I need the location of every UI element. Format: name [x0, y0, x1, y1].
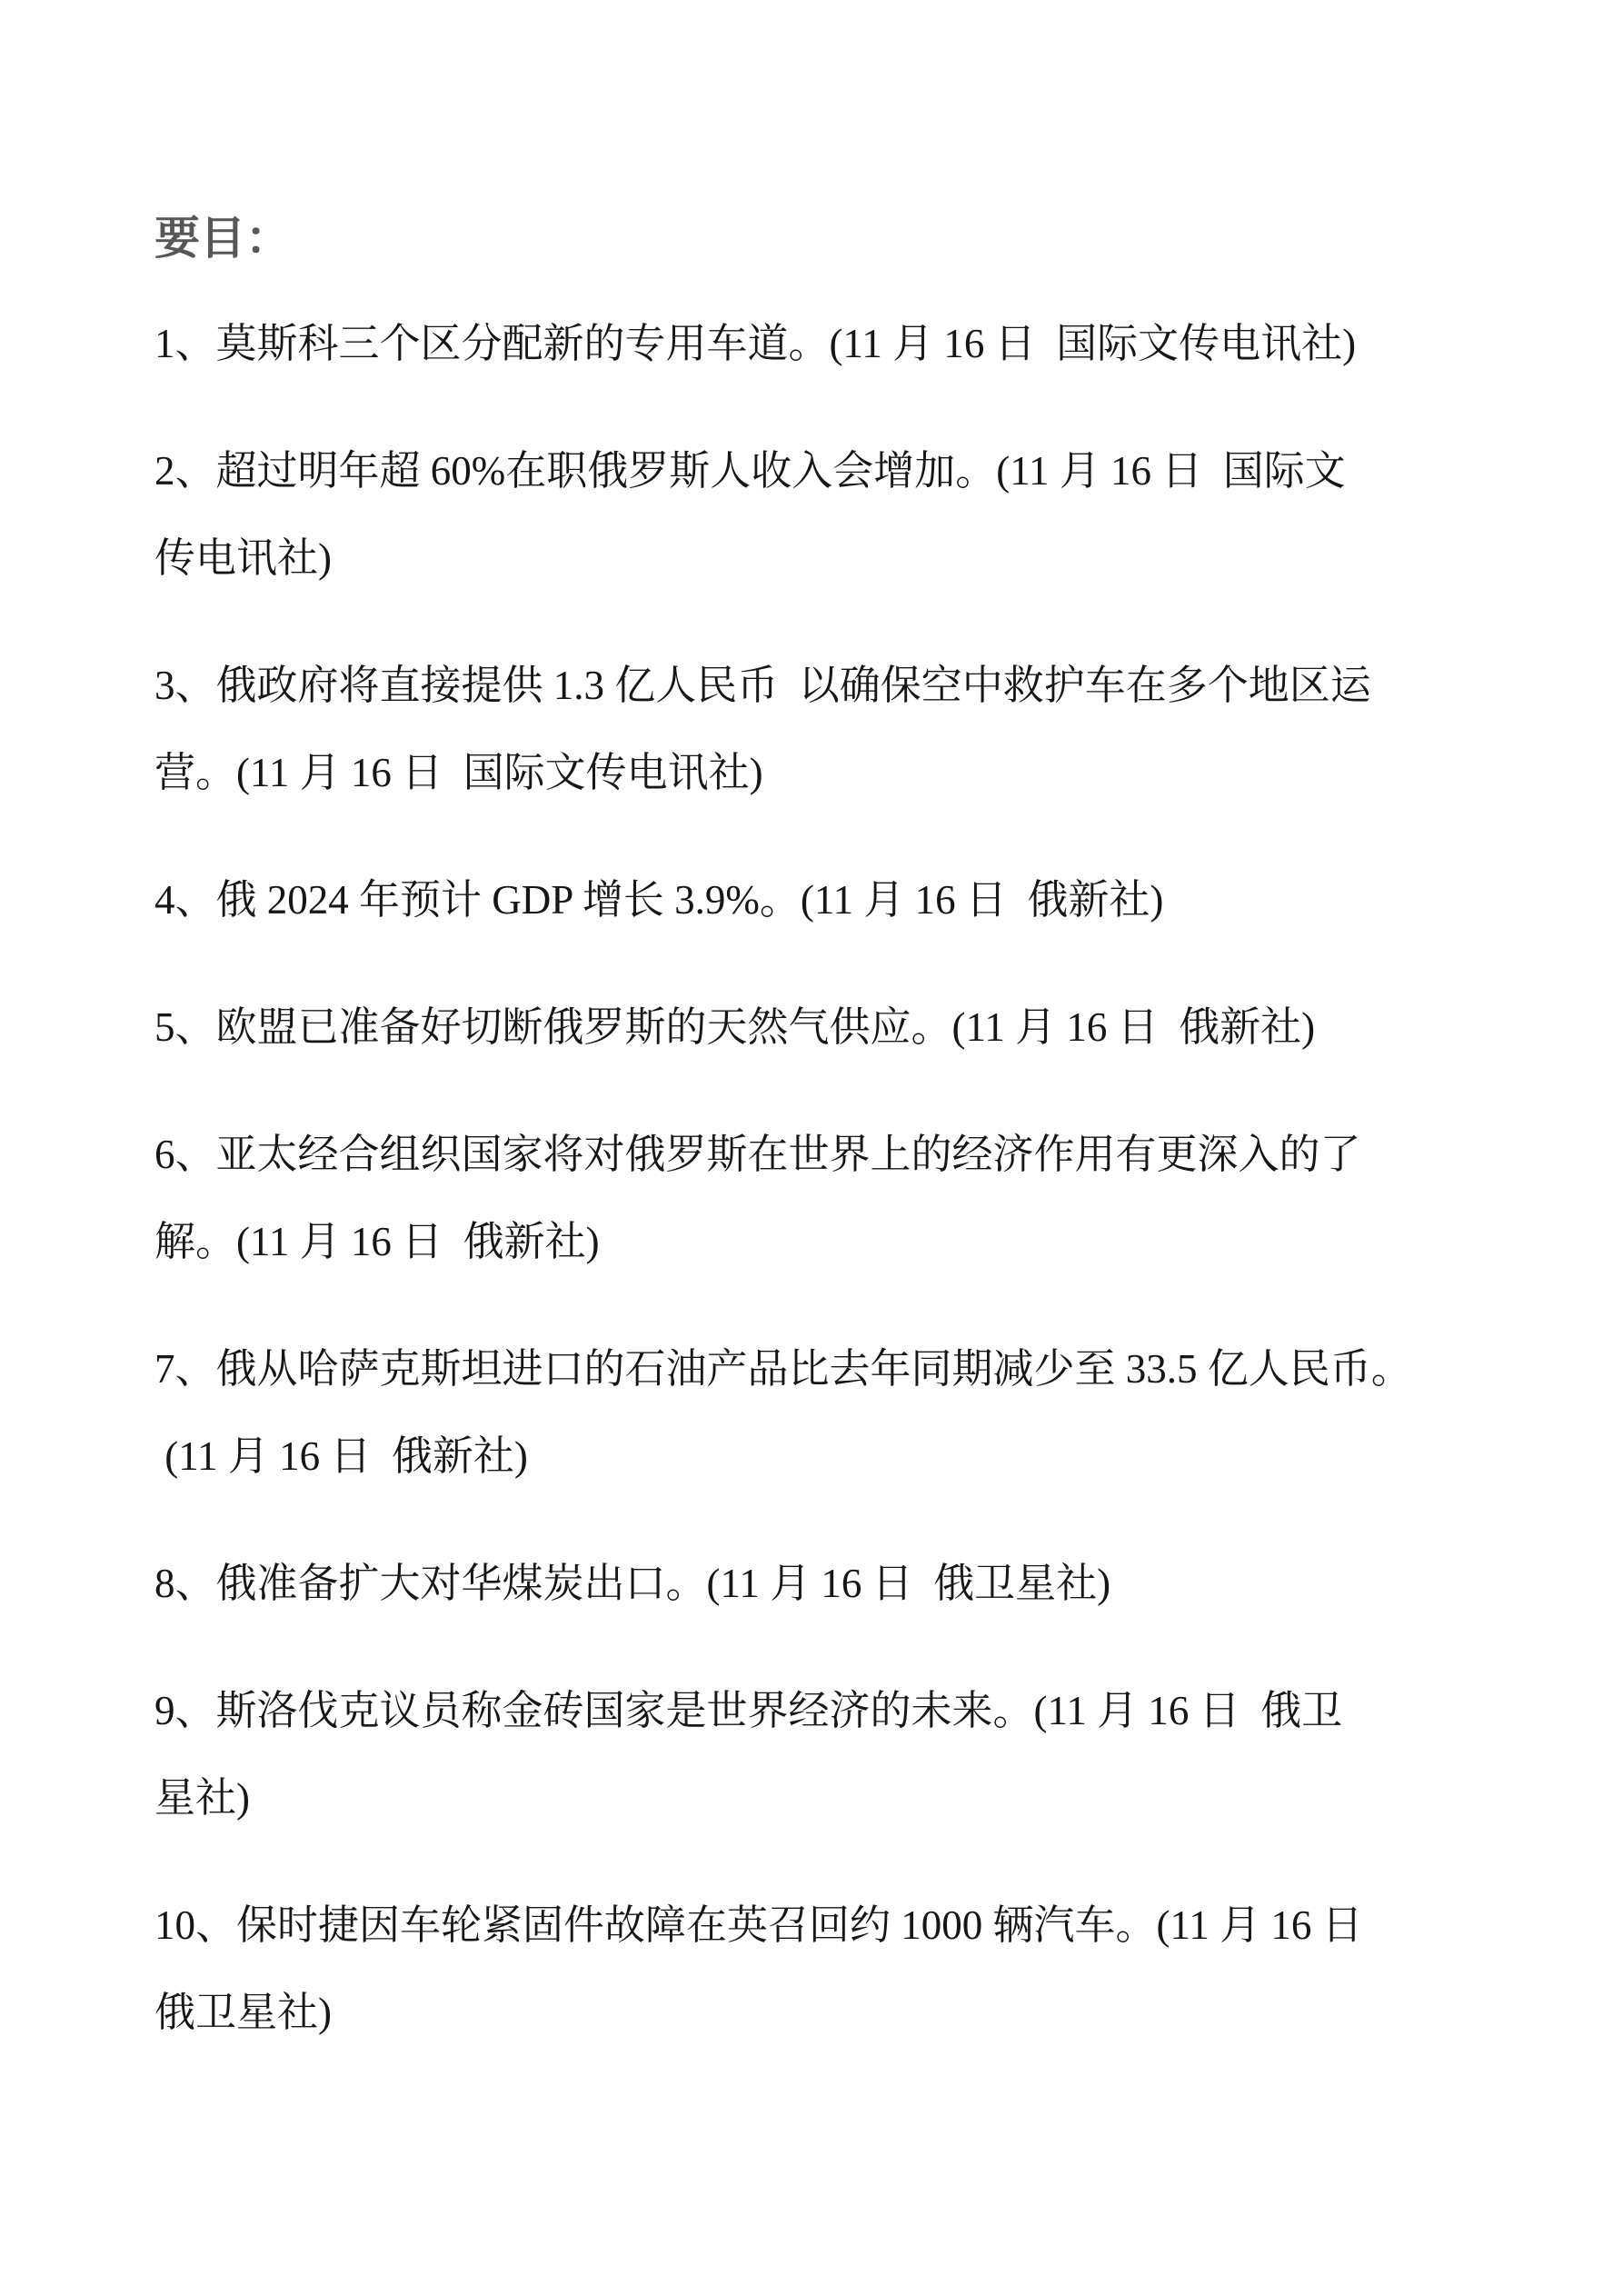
news-item-3: 3、俄政府将直接提供 1.3 亿人民币 以确保空中救护车在多个地区运 营。(11… — [154, 642, 1469, 816]
news-item-2: 2、超过明年超 60%在职俄罗斯人收入会增加。(11 月 16 日 国际文 传电… — [154, 427, 1469, 602]
news-item-9: 9、斯洛伐克议员称金砖国家是世界经济的未来。(11 月 16 日 俄卫 星社) — [154, 1667, 1469, 1842]
document-page: 要目： 1、莫斯科三个区分配新的专用车道。(11 月 16 日 国际文传电讯社)… — [0, 0, 1623, 2296]
news-item-6: 6、亚太经合组织国家将对俄罗斯在世界上的经济作用有更深入的了 解。(11 月 1… — [154, 1111, 1469, 1285]
news-item-10: 10、保时捷因车轮紧固件故障在英召回约 1000 辆汽车。(11 月 16 日 … — [154, 1882, 1469, 2056]
news-item-8: 8、俄准备扩大对华煤炭出口。(11 月 16 日 俄卫星社) — [154, 1540, 1469, 1627]
news-item-7: 7、俄从哈萨克斯坦进口的石油产品比去年同期减少至 33.5 亿人民币。 (11 … — [154, 1325, 1469, 1500]
news-item-4: 4、俄 2024 年预计 GDP 增长 3.9%。(11 月 16 日 俄新社) — [154, 856, 1469, 943]
news-item-1: 1、莫斯科三个区分配新的专用车道。(11 月 16 日 国际文传电讯社) — [154, 300, 1469, 387]
news-item-5: 5、欧盟已准备好切断俄罗斯的天然气供应。(11 月 16 日 俄新社) — [154, 983, 1469, 1071]
page-title: 要目： — [154, 195, 1469, 282]
